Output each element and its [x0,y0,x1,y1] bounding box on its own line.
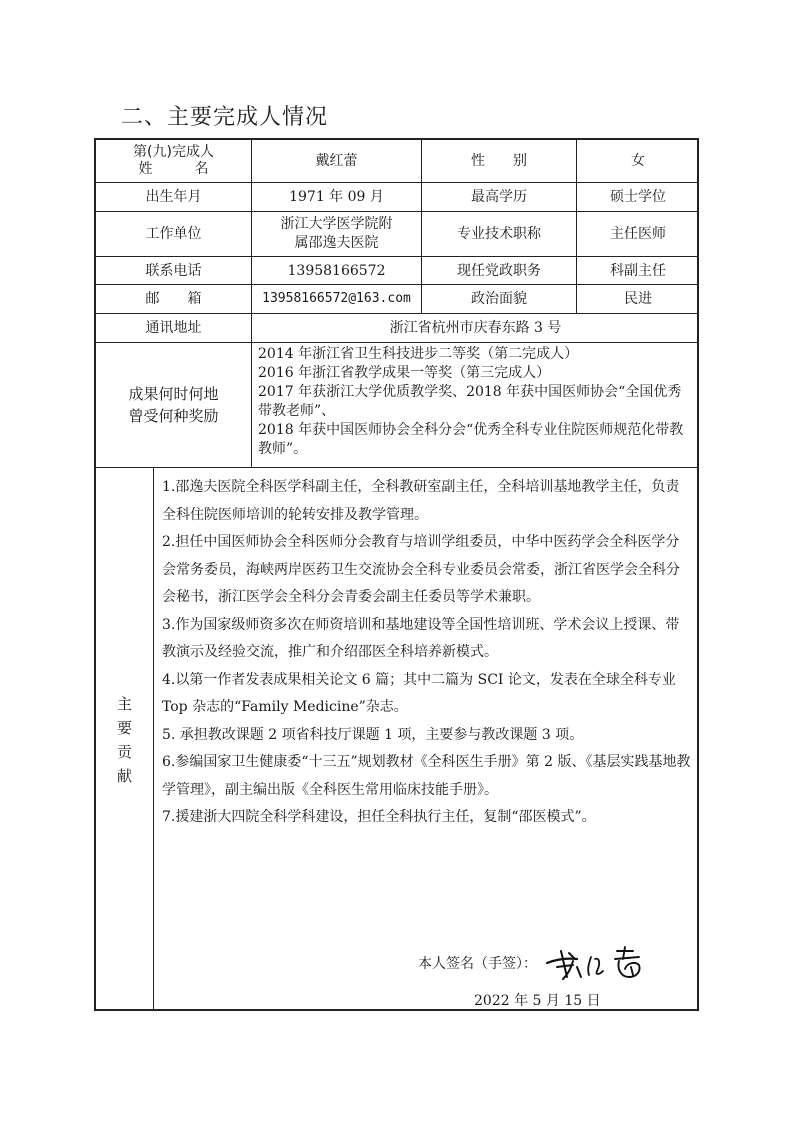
contribution-item: 2.担任中国医师协会全科医师分会教育与培训学组委员，中华中医药学会全科医学分会常… [162,529,691,612]
name-label: 姓 名 [139,161,209,178]
email-label: 邮 箱 [96,285,252,314]
gender-label: 性 别 [422,140,577,183]
birth-value: 1971 年 09 月 [252,183,422,212]
signature-date: 2022 年 5 月 15 日 [474,990,601,1010]
completer-order-label: 第(九)完成人 姓 名 [96,140,252,183]
contribution-item: 4.以第一作者发表成果相关论文 6 篇；其中二篇为 SCI 论文，发表在全球全科… [162,667,691,722]
address-value: 浙江省杭州市庆春东路 3 号 [252,314,699,343]
phone-value: 13958166572 [252,257,422,285]
workplace-value-line2: 属邵逸夫医院 [295,234,379,253]
signature-row: 本人签名（手签）： [418,945,653,981]
contributions-label-char: 要 [117,716,132,740]
title-label: 专业技术职称 [422,212,577,257]
contributions-label-char: 主 [117,692,132,716]
handwritten-signature-icon [543,945,653,981]
contributions-label: 主 要 贡 献 [96,468,154,1011]
completer-order-label-line1: 第(九)完成人 [133,144,214,161]
workplace-value-line1: 浙江大学医学院附 [281,215,393,234]
position-value: 科副主任 [577,257,699,285]
awards-list: 2014 年浙江省卫生科技进步二等奖（第二完成人） 2016 年浙江省教学成果一… [252,343,699,468]
award-item: 2018 年获中国医师协会全科分会“优秀全科专业住院医师规范化带教教师”。 [258,421,695,459]
address-label: 通讯地址 [96,314,252,343]
political-value: 民进 [577,285,699,314]
birth-label: 出生年月 [96,183,252,212]
gender-value: 女 [577,140,699,183]
award-item: 2014 年浙江省卫生科技进步二等奖（第二完成人） [258,345,578,364]
awards-label: 成果何时何地 曾受何种奖励 [96,343,252,468]
phone-label: 联系电话 [96,257,252,285]
awards-label-line2: 曾受何种奖励 [128,405,218,427]
contributions-list: 1.邵逸夫医院全科医学科副主任，全科教研室副主任，全科培训基地教学主任，负责全科… [154,468,699,1011]
workplace-label: 工作单位 [96,212,252,257]
title-value: 主任医师 [577,212,699,257]
contribution-item: 1.邵逸夫医院全科医学科副主任，全科教研室副主任，全科培训基地教学主任，负责全科… [162,474,691,529]
email-value: 13958166572@163.com [252,285,422,314]
contribution-item: 6.参编国家卫生健康委“十三五”规划教材《全科医生手册》第 2 版、《基层实践基… [162,749,691,804]
award-item: 2017 年获浙江大学优质教学奖、2018 年获中国医师协会“全国优秀带教老师”… [258,383,695,421]
education-value: 硕士学位 [577,183,699,212]
education-label: 最高学历 [422,183,577,212]
contributions-label-char: 贡 [117,740,132,764]
political-label: 政治面貌 [422,285,577,314]
workplace-value: 浙江大学医学院附 属邵逸夫医院 [252,212,422,257]
contributions-label-char: 献 [117,764,132,788]
signature-label: 本人签名（手签）： [418,953,537,973]
position-label: 现任党政职务 [422,257,577,285]
contribution-item: 3.作为国家级师资多次在师资培训和基地建设等全国性培训班、学术会议上授课、带教演… [162,612,691,667]
award-item: 2016 年浙江省教学成果一等奖（第三完成人） [258,364,550,383]
awards-label-line1: 成果何时何地 [128,383,218,405]
name-value: 戴红蕾 [252,140,422,183]
contribution-item: 5. 承担教改课题 2 项省科技厅课题 1 项，主要参与教改课题 3 项。 [162,722,583,750]
completer-info-table: 第(九)完成人 姓 名 戴红蕾 性 别 女 出生年月 1971 年 09 月 最… [94,138,699,1011]
contribution-item: 7.援建浙大四院全科学科建设，担任全科执行主任，复制“邵医模式”。 [162,804,596,832]
page-title: 二、主要完成人情况 [121,100,328,131]
